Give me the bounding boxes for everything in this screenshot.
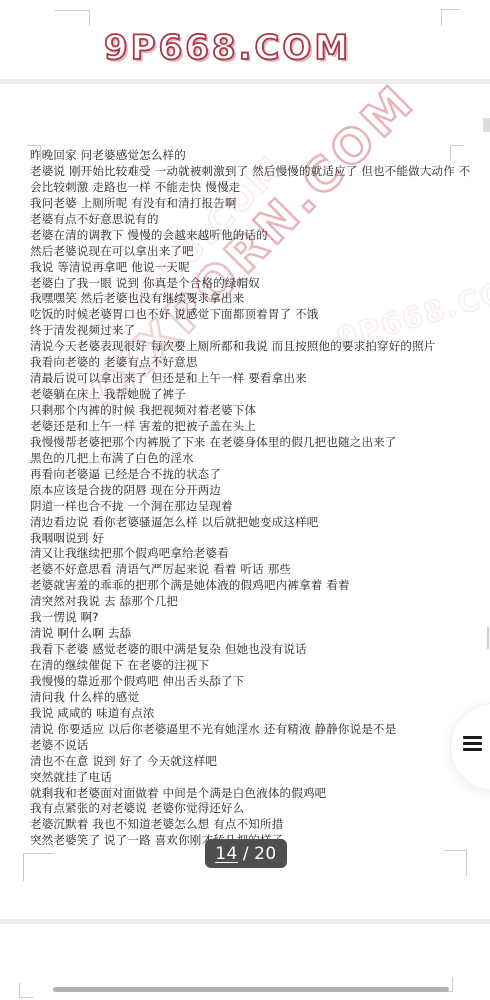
text-line: 会比较刺激 走路也一样 不能走快 慢慢走 [30, 180, 470, 196]
text-line: 我一愣说 啊? [30, 610, 470, 626]
text-line: 就剩我和老婆面对面做着 中间是个满是白色液体的假鸡吧 [30, 786, 470, 802]
text-line: 清说 你要适应 以后你老婆逼里不光有她淫水 还有精液 静静你说是不是 [30, 722, 470, 738]
text-line: 我慢慢帮老婆把那个内裤脱了下来 在老婆身体里的假几把也随之出来了 [30, 435, 470, 451]
text-line: 黑色的几把上布满了白色的淫水 [30, 451, 470, 467]
site-title: 9P668.COM [104, 28, 351, 68]
progress-bar[interactable] [53, 987, 449, 992]
text-line: 在清的继续催促下 在老婆的注视下 [30, 658, 470, 674]
menu-icon [463, 736, 482, 755]
text-line: 老婆就害羞的乖乖的把那个满是她体液的假鸡吧内裤拿着 看着 [30, 578, 470, 594]
text-line: 清问我 什么样的感觉 [30, 690, 470, 706]
text-line: 我看向老婆的 老婆有点不好意思 [30, 355, 470, 371]
text-line: 老婆沉默着 我也不知道老婆怎么想 有点不知所措 [30, 817, 470, 833]
text-line: 我嘿嘿笑 然后老婆也没有继续要求拿出来 [30, 291, 470, 307]
text-line: 老婆说 刚开始比较难受 一动就被刺激到了 然后慢慢的就适应了 但也不能做大动作 … [30, 164, 470, 180]
corner-bracket-top-left [55, 10, 90, 26]
text-line: 昨晚回家 问老婆感觉怎么样的 [30, 148, 470, 164]
text-line: 再看向老婆逼 已经是合不拢的状态了 [30, 467, 470, 483]
footer-separator [0, 919, 490, 924]
text-line: 终于清发视频过来了 [30, 323, 470, 339]
scrollbar-mark[interactable] [483, 118, 490, 132]
story-text: 昨晚回家 问老婆感觉怎么样的老婆说 刚开始比较难受 一动就被刺激到了 然后慢慢的… [30, 148, 470, 849]
corner-bracket-bottom-left [19, 983, 33, 998]
text-line: 我慢慢的靠近那个假鸡吧 伸出舌头舔了下 [30, 674, 470, 690]
text-line: 清又让我继续把那个假鸡吧拿给老婆看 [30, 546, 470, 562]
text-line: 老婆不好意思看 清语气严厉起来说 看着 听话 那些 [30, 562, 470, 578]
text-line: 老婆有点不好意思说有的 [30, 212, 470, 228]
text-line: 我有点紧张的对老婆说 老婆你觉得还好么 [30, 801, 470, 817]
text-line: 只剩那个内裤的时候 我把视频对着老婆下体 [30, 403, 470, 419]
text-line: 阴道一样也合不拢 一个洞在那边呈现着 [30, 499, 470, 515]
text-line: 原本应该是合拢的阴唇 现在分开两边 [30, 483, 470, 499]
text-line: 清突然对我说 去 舔那个几把 [30, 594, 470, 610]
corner-bracket-text-bottom-right [444, 850, 467, 876]
text-line: 老婆在清的调教下 慢慢的会越来越听他的话的 [30, 228, 470, 244]
text-line: 我问老婆 上厕所呢 有没有和清打报告啊 [30, 196, 470, 212]
text-line: 我说 咸咸的 味道有点浓 [30, 706, 470, 722]
text-line: 老婆还是和上午一样 害羞的把被子盖在头上 [30, 419, 470, 435]
page-indicator: 14 / 20 [205, 839, 287, 868]
text-line: 老婆躺在床上 我帮她脱了裤子 [30, 387, 470, 403]
text-line: 老婆白了我一眼 说到 你真是个合格的绿帽奴 [30, 276, 470, 292]
text-line: 吃饭的时候老婆胃口也不好 说感觉下面都顶着胃了 不饿 [30, 307, 470, 323]
text-line: 清也不在意 说到 好了 今天就这样吧 [30, 754, 470, 770]
corner-bracket-text-bottom-left [23, 853, 54, 881]
text-line: 突然就挂了电话 [30, 770, 470, 786]
text-line: 清说今天老婆表现很好 每次要上厕所都和我说 而且按照他的要求拍穿好的照片 [30, 339, 470, 355]
page-current: 14 [215, 844, 238, 864]
text-line: 清边看边说 看你老婆骚逼怎么样 以后就把她变成这样吧 [30, 515, 470, 531]
text-line: 老婆不说话 [30, 738, 470, 754]
text-line: 我咽咽说到 好 [30, 531, 470, 547]
text-line: 我看下老婆 感觉老婆的眼中满是复杂 但她也没有说话 [30, 642, 470, 658]
page-separator: / [243, 844, 249, 864]
corner-bracket-text-top-left [27, 145, 41, 161]
header-separator [0, 79, 490, 84]
text-line: 清说 啊什么啊 去舔 [30, 626, 470, 642]
text-line: 清最后说可以拿出来了 但还是和上午一样 要看拿出来 [30, 371, 470, 387]
text-line: 然后老婆说现在可以拿出来了吧 [30, 244, 470, 260]
scrollbar-thumb[interactable] [487, 627, 489, 649]
text-line: 我说 等清说再拿吧 他说一天呢 [30, 260, 470, 276]
page-total: 20 [254, 844, 277, 864]
reader-page: 9P668.COM XXXPORN.COM 9P668.COM 9P668.CO… [0, 0, 490, 1000]
corner-bracket-text-top-right [450, 145, 464, 161]
corner-bracket-top-right [441, 9, 460, 26]
